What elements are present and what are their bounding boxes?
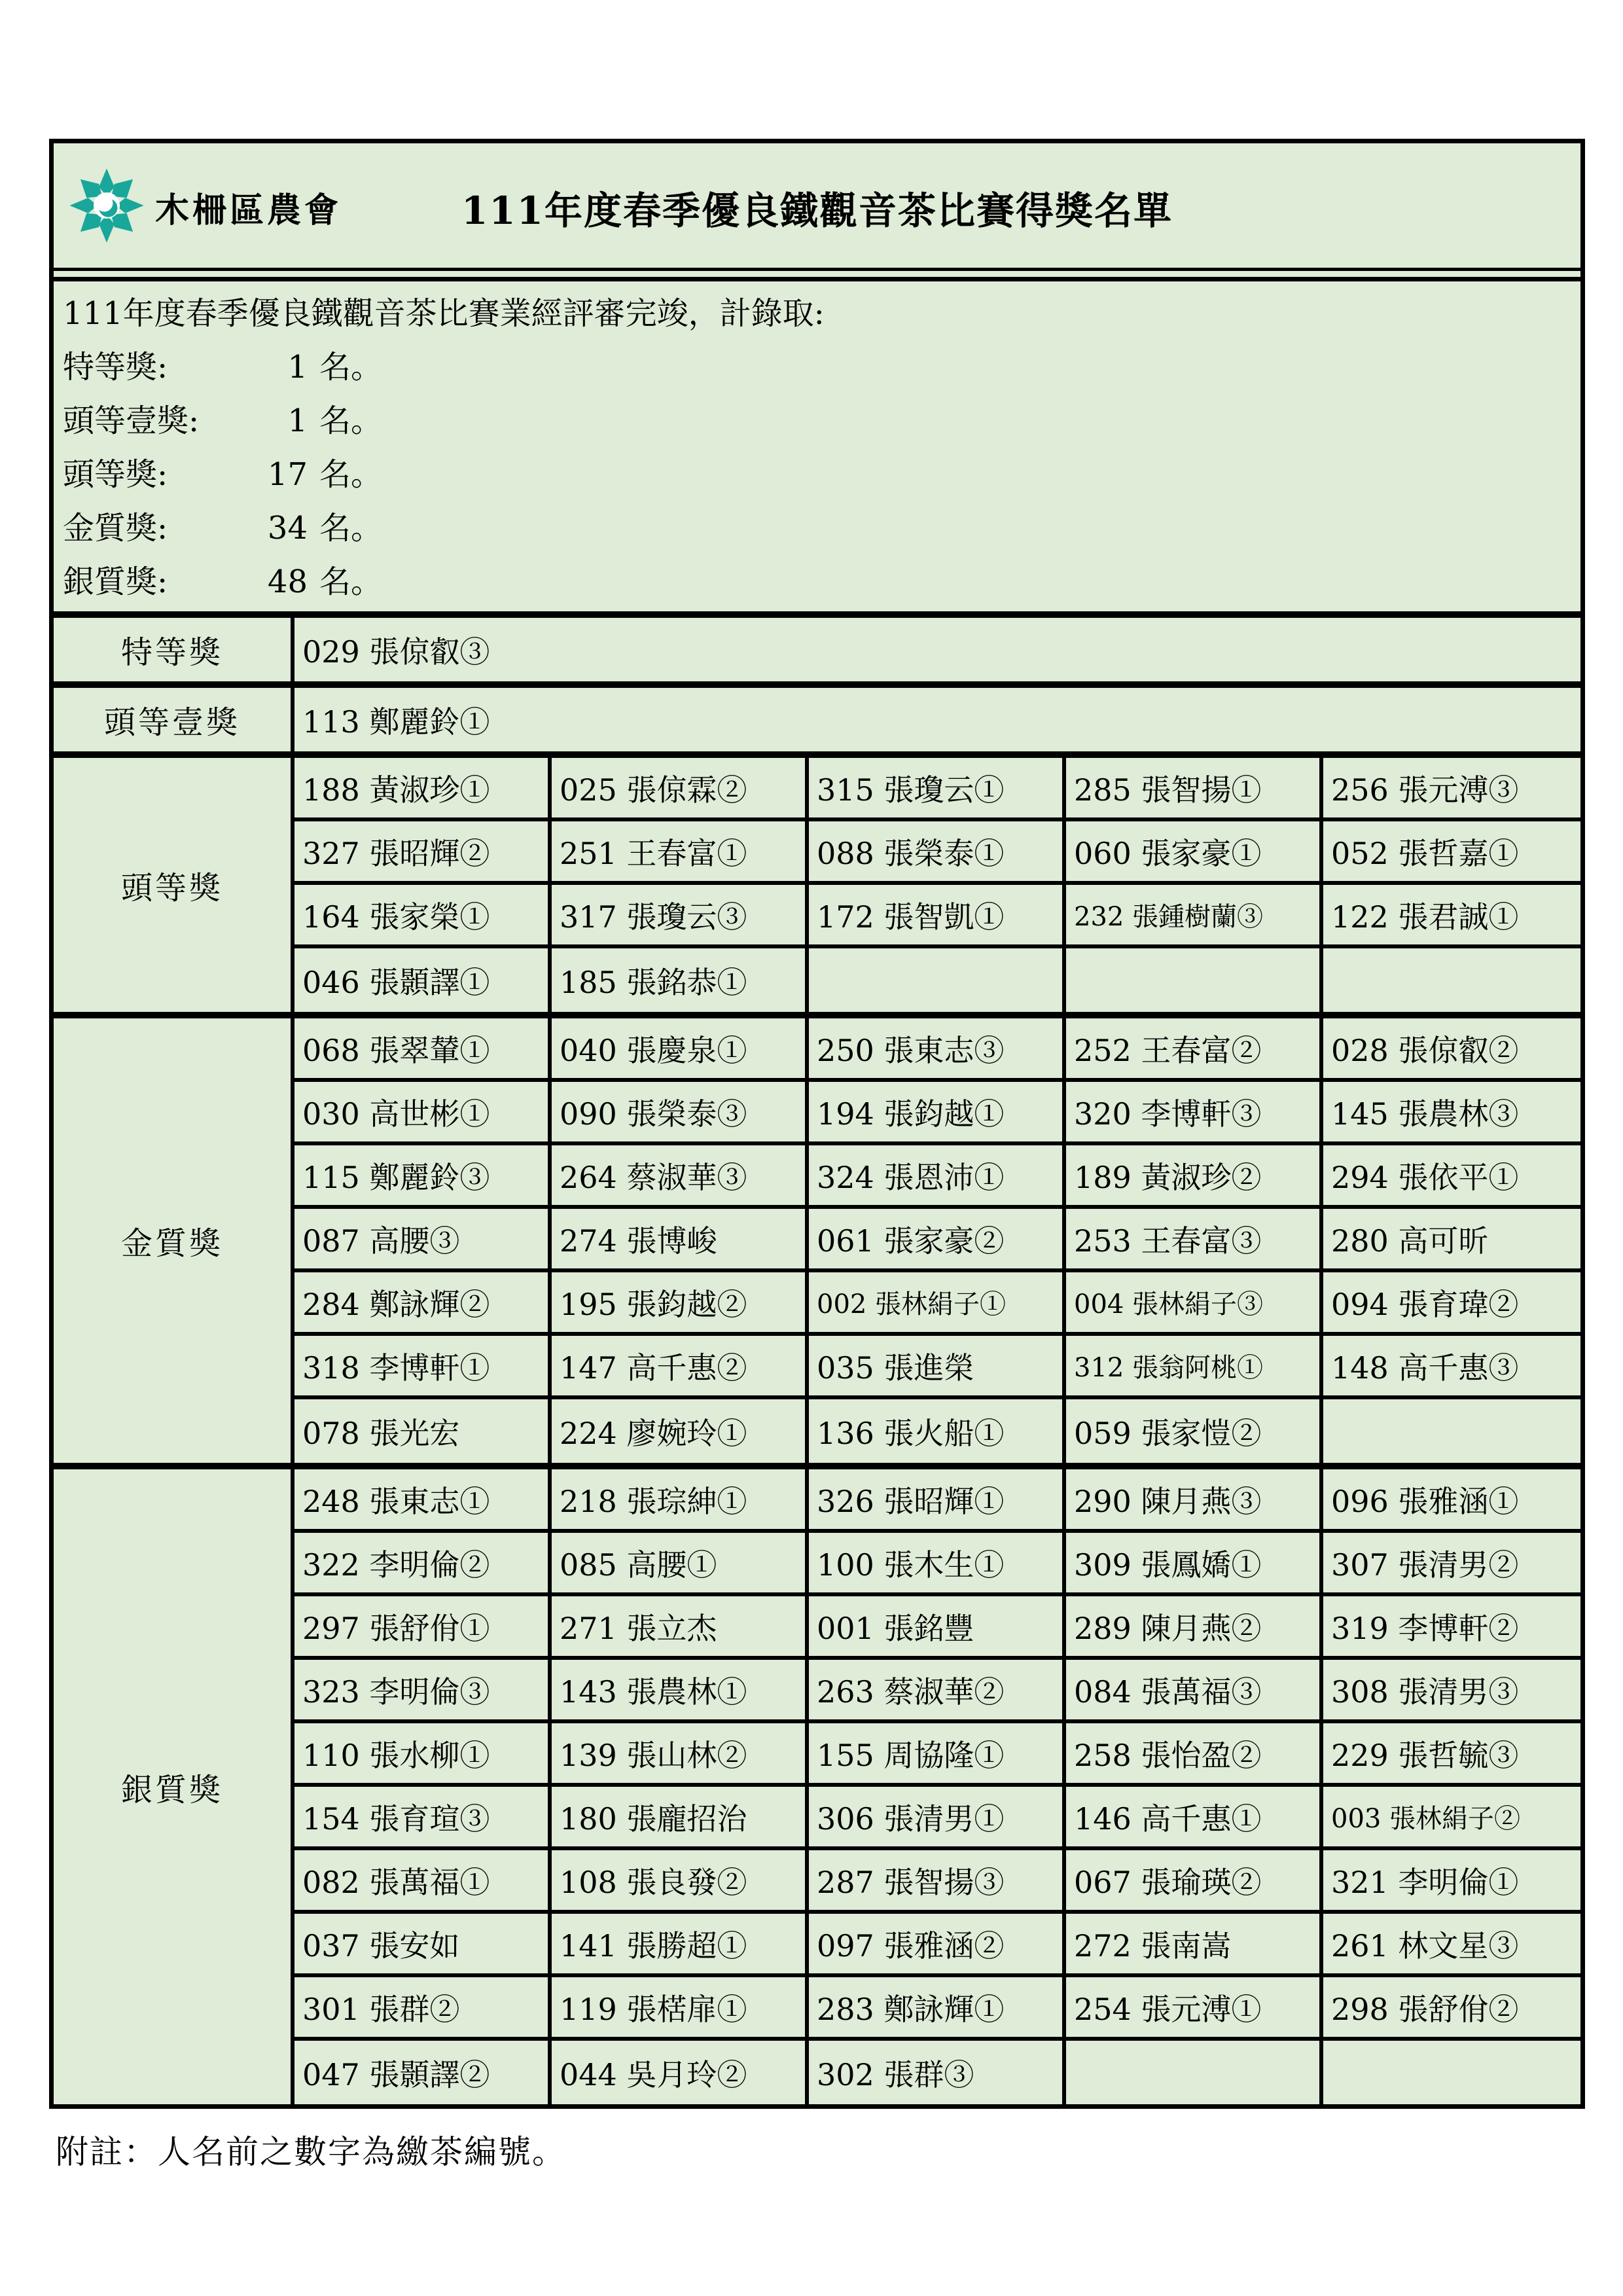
award-label: 頭等壹獎: xyxy=(63,394,253,448)
winner-cell: 090 張榮泰③ xyxy=(552,1082,809,1145)
award-count-suffix: 名。 xyxy=(319,510,382,547)
award-label: 特等獎: xyxy=(63,340,253,394)
winner-cell: 172 張智凱① xyxy=(809,885,1066,948)
winner-cell: 298 張舒佾② xyxy=(1323,1977,1580,2041)
empty-cell xyxy=(1323,948,1580,1012)
summary-lines: 特等獎:1名。頭等壹獎:1名。頭等獎:17名。金質獎:34名。銀質獎:48名。 xyxy=(63,340,1580,609)
winner-cell: 141 張勝超① xyxy=(552,1914,809,1977)
footnote: 附註：人名前之數字為繳茶編號。 xyxy=(56,2126,566,2173)
winner-cell: 324 張恩沛① xyxy=(809,1145,1066,1209)
summary-intro: 111年度春季優良鐵觀音茶比賽業經評審完竣，計錄取: xyxy=(63,287,1580,340)
winner-cell: 155 周協隆① xyxy=(809,1723,1066,1787)
winner-cell: 115 鄭麗鈴③ xyxy=(294,1145,552,1209)
winner-cell: 035 張進榮 xyxy=(809,1336,1066,1399)
winner-cell: 232 張鍾樹蘭③ xyxy=(1066,885,1323,948)
winner-cell: 323 李明倫③ xyxy=(294,1660,552,1723)
winner-cell: 283 鄭詠輝① xyxy=(809,1977,1066,2041)
winner-cell: 256 張元溥③ xyxy=(1323,758,1580,821)
winner-cell: 274 張博峻 xyxy=(552,1209,809,1272)
winner-cell: 100 張木生① xyxy=(809,1533,1066,1596)
empty-cell xyxy=(1066,948,1323,1012)
winner-cell: 001 張銘豐 xyxy=(809,1596,1066,1660)
winner-cell: 306 張清男① xyxy=(809,1787,1066,1850)
winner-cell: 318 李博軒① xyxy=(294,1336,552,1399)
winner-cell: 044 吳月玲② xyxy=(552,2041,809,2104)
award-label: 銀質獎: xyxy=(63,555,253,609)
award-section: 頭等壹獎113 鄭麗鈴① xyxy=(54,681,1580,751)
award-category-label: 銀質獎 xyxy=(54,1469,294,2104)
winner-cell: 218 張琮紳① xyxy=(552,1469,809,1533)
award-count: 1 xyxy=(253,394,308,448)
winner-cell: 189 黃淑珍② xyxy=(1066,1145,1323,1209)
winner-cell: 327 張昭輝② xyxy=(294,821,552,885)
summary-count-line: 頭等獎:17名。 xyxy=(63,448,1580,501)
winner-cell: 290 陳月燕③ xyxy=(1066,1469,1323,1533)
winner-cell: 037 張安如 xyxy=(294,1914,552,1977)
winner-cell: 307 張清男② xyxy=(1323,1533,1580,1596)
winner-cell: 046 張顥譯① xyxy=(294,948,552,1012)
document-page: 木柵區農會 111年度春季優良鐵觀音茶比賽得獎名單 111年度春季優良鐵觀音茶比… xyxy=(0,0,1623,2296)
winner-cell: 085 高腰① xyxy=(552,1533,809,1596)
winner-cell: 068 張翠輦① xyxy=(294,1018,552,1082)
winner-cell: 154 張育瑄③ xyxy=(294,1787,552,1850)
winner-cell: 312 張翁阿桃① xyxy=(1066,1336,1323,1399)
winner-cell: 047 張顥譯② xyxy=(294,2041,552,2104)
summary-block: 111年度春季優良鐵觀音茶比賽業經評審完竣，計錄取: 特等獎:1名。頭等壹獎:1… xyxy=(54,281,1580,611)
award-count-suffix: 名。 xyxy=(319,403,382,439)
winner-cell: 264 蔡淑華③ xyxy=(552,1145,809,1209)
award-category-label: 頭等壹獎 xyxy=(54,688,294,751)
winner-cell: 148 高千惠③ xyxy=(1323,1336,1580,1399)
winner-cell: 308 張清男③ xyxy=(1323,1660,1580,1723)
winner-cell: 094 張育瑋② xyxy=(1323,1272,1580,1336)
winner-cell: 188 黃淑珍① xyxy=(294,758,552,821)
winner-cell: 119 張楛扉① xyxy=(552,1977,809,2041)
winner-cell: 145 張農林③ xyxy=(1323,1082,1580,1145)
winner-cell: 301 張群② xyxy=(294,1977,552,2041)
winner-cell: 040 張慶泉① xyxy=(552,1018,809,1082)
winner-cell: 322 李明倫② xyxy=(294,1533,552,1596)
winner-cell: 248 張東志① xyxy=(294,1469,552,1533)
winner-cell: 317 張瓊云③ xyxy=(552,885,809,948)
award-label: 頭等獎: xyxy=(63,448,253,501)
winner-cell: 110 張水柳① xyxy=(294,1723,552,1787)
award-section: 特等獎029 張倞叡③ xyxy=(54,618,1580,681)
winner-cell: 097 張雅涵② xyxy=(809,1914,1066,1977)
award-count-suffix: 名。 xyxy=(319,349,382,386)
winner-cell: 082 張萬福① xyxy=(294,1850,552,1914)
winner-cell: 251 王春富① xyxy=(552,821,809,885)
award-section: 頭等獎188 黃淑珍①025 張倞霖②315 張瓊云①285 張智揚①256 張… xyxy=(54,751,1580,1012)
winner-cell: 294 張依平① xyxy=(1323,1145,1580,1209)
winner-cell: 143 張農林① xyxy=(552,1660,809,1723)
winner-cell: 297 張舒佾① xyxy=(294,1596,552,1660)
winner-cell: 224 廖婉玲① xyxy=(552,1399,809,1463)
summary-count-line: 金質獎:34名。 xyxy=(63,501,1580,555)
winner-cell: 146 高千惠① xyxy=(1066,1787,1323,1850)
winner-cell: 028 張倞叡② xyxy=(1323,1018,1580,1082)
winner-cell: 084 張萬福③ xyxy=(1066,1660,1323,1723)
summary-count-line: 銀質獎:48名。 xyxy=(63,555,1580,609)
winner-cell: 088 張榮泰① xyxy=(809,821,1066,885)
winner-cell: 258 張怡盈② xyxy=(1066,1723,1323,1787)
winner-cell: 280 高可昕 xyxy=(1323,1209,1580,1272)
winner-cell: 122 張君誠① xyxy=(1323,885,1580,948)
winner-cell: 052 張哲嘉① xyxy=(1323,821,1580,885)
winner-cell: 287 張智揚③ xyxy=(809,1850,1066,1914)
winner-cell: 113 鄭麗鈴① xyxy=(294,688,1580,751)
winner-cell: 271 張立杰 xyxy=(552,1596,809,1660)
empty-cell xyxy=(1323,1399,1580,1463)
summary-count-line: 頭等壹獎:1名。 xyxy=(63,394,1580,448)
award-category-label: 特等獎 xyxy=(54,618,294,681)
winner-cell: 164 張家榮① xyxy=(294,885,552,948)
summary-count-line: 特等獎:1名。 xyxy=(63,340,1580,394)
winner-cell: 059 張家愷② xyxy=(1066,1399,1323,1463)
award-section: 金質獎068 張翠輦①040 張慶泉①250 張東志③252 王春富②028 張… xyxy=(54,1012,1580,1463)
winner-cell: 261 林文星③ xyxy=(1323,1914,1580,1977)
award-count: 17 xyxy=(253,448,308,501)
awards-table: 特等獎029 張倞叡③頭等壹獎113 鄭麗鈴①頭等獎188 黃淑珍①025 張倞… xyxy=(54,611,1580,2104)
winner-cell: 139 張山林② xyxy=(552,1723,809,1787)
winner-cell: 319 李博軒② xyxy=(1323,1596,1580,1660)
winner-cell: 229 張哲毓③ xyxy=(1323,1723,1580,1787)
document-header: 木柵區農會 111年度春季優良鐵觀音茶比賽得獎名單 xyxy=(54,143,1580,268)
award-count: 34 xyxy=(253,501,308,555)
winner-cell: 136 張火船① xyxy=(809,1399,1066,1463)
winner-cell: 250 張東志③ xyxy=(809,1018,1066,1082)
winner-cell: 272 張南嵩 xyxy=(1066,1914,1323,1977)
winner-cell: 321 李明倫① xyxy=(1323,1850,1580,1914)
winner-cell: 067 張瑜瑛② xyxy=(1066,1850,1323,1914)
winner-cell: 078 張光宏 xyxy=(294,1399,552,1463)
award-count-suffix: 名。 xyxy=(319,564,382,600)
winner-cell: 254 張元溥① xyxy=(1066,1977,1323,2041)
winner-cell: 096 張雅涵① xyxy=(1323,1469,1580,1533)
winner-cell: 061 張家豪② xyxy=(809,1209,1066,1272)
winner-cell: 087 高腰③ xyxy=(294,1209,552,1272)
winner-cell: 195 張鈞越② xyxy=(552,1272,809,1336)
winner-cell: 320 李博軒③ xyxy=(1066,1082,1323,1145)
winner-cell: 029 張倞叡③ xyxy=(294,618,1580,681)
winner-cell: 252 王春富② xyxy=(1066,1018,1323,1082)
winner-cell: 147 高千惠② xyxy=(552,1336,809,1399)
winner-cell: 263 蔡淑華② xyxy=(809,1660,1066,1723)
winner-cell: 326 張昭輝① xyxy=(809,1469,1066,1533)
winner-cell: 253 王春富③ xyxy=(1066,1209,1323,1272)
award-count-suffix: 名。 xyxy=(319,456,382,493)
award-section: 銀質獎248 張東志①218 張琮紳①326 張昭輝①290 陳月燕③096 張… xyxy=(54,1463,1580,2104)
winner-cell: 289 陳月燕② xyxy=(1066,1596,1323,1660)
award-category-label: 頭等獎 xyxy=(54,758,294,1012)
winner-cell: 185 張銘恭① xyxy=(552,948,809,1012)
header-divider xyxy=(54,268,1580,281)
page-title: 111年度春季優良鐵觀音茶比賽得獎名單 xyxy=(54,180,1580,235)
winner-cell: 025 張倞霖② xyxy=(552,758,809,821)
empty-cell xyxy=(809,948,1066,1012)
award-category-label: 金質獎 xyxy=(54,1018,294,1463)
winner-cell: 285 張智揚① xyxy=(1066,758,1323,821)
winner-cell: 108 張良發② xyxy=(552,1850,809,1914)
award-count: 1 xyxy=(253,340,308,394)
winner-cell: 060 張家豪① xyxy=(1066,821,1323,885)
award-document: 木柵區農會 111年度春季優良鐵觀音茶比賽得獎名單 111年度春季優良鐵觀音茶比… xyxy=(49,139,1585,2109)
winner-cell: 030 高世彬① xyxy=(294,1082,552,1145)
winner-cell: 004 張林絹子③ xyxy=(1066,1272,1323,1336)
winner-cell: 315 張瓊云① xyxy=(809,758,1066,821)
winner-cell: 180 張龐招治 xyxy=(552,1787,809,1850)
winner-cell: 302 張群③ xyxy=(809,2041,1066,2104)
winner-cell: 002 張林絹子① xyxy=(809,1272,1066,1336)
award-label: 金質獎: xyxy=(63,501,253,555)
winner-cell: 194 張鈞越① xyxy=(809,1082,1066,1145)
winner-cell: 284 鄭詠輝② xyxy=(294,1272,552,1336)
empty-cell xyxy=(1323,2041,1580,2104)
winner-cell: 003 張林絹子② xyxy=(1323,1787,1580,1850)
award-count: 48 xyxy=(253,555,308,609)
empty-cell xyxy=(1066,2041,1323,2104)
winner-cell: 309 張鳳嬌① xyxy=(1066,1533,1323,1596)
